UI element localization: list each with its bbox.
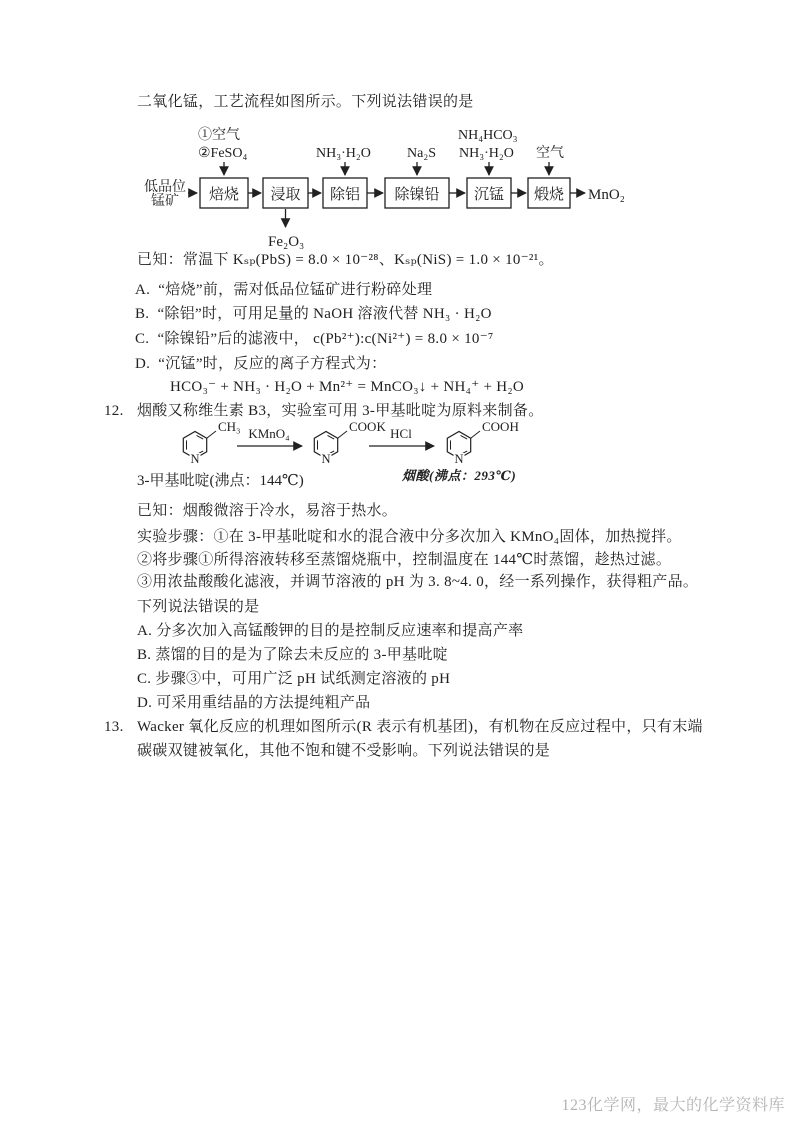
reaction-scheme: N CH₃ KMnO₄ N COOK HCl N COOH — [135, 412, 565, 470]
ring2-n-atom: N — [321, 452, 330, 466]
exam-page: 二氧化锰，工艺流程如图所示。下列说法错误的是 ①空气 ②FeSO₄ NH₃·H₂… — [0, 0, 793, 1121]
q11-option-d: D. “沉锰”时，反应的离子方程式为： — [135, 354, 386, 374]
q13-stem-row: 13.Wacker 氧化反应的机理如图所示(R 表示有机基团)，有机物在反应过程… — [104, 717, 703, 737]
q12-prompt-text: 下列说法错误的是 — [137, 597, 259, 617]
watermark-text: 123化学网，最大的化学资料库 — [561, 1092, 785, 1115]
pyridine-ring-structure: N — [183, 431, 216, 466]
scheme-caption-left: 3-甲基吡啶(沸点：144℃) — [137, 469, 304, 490]
q12-option-c: C. 步骤③中，可用广泛 pH 试纸测定溶液的 pH — [137, 669, 450, 689]
ring3-substituent-cooh: COOH — [482, 419, 519, 434]
q12-option-a: A. 分多次加入高锰酸钾的目的是控制反应速率和提高产率 — [137, 621, 523, 641]
flow-reagent-nh4hco3-label: NH₄HCO₃ — [458, 128, 518, 143]
q11-option-a: A. “焙烧”前，需对低品位锰矿进行粉碎处理 — [135, 280, 432, 300]
flow-box-precipitate-mn-label: 沉锰 — [474, 186, 504, 203]
reaction2-reagent-label: HCl — [390, 426, 412, 441]
flow-box-calcine-label: 煅烧 — [534, 185, 564, 203]
q12-step-1: 实验步骤：①在 3-甲基吡啶和水的混合液中分多次加入 KMnO₄固体，加热搅拌。 — [137, 527, 682, 547]
flow-box-roast-label: 焙烧 — [209, 185, 239, 203]
flow-reagent-ammonia1-label: NH₃·H₂O — [316, 146, 371, 161]
q12-number: 12. — [104, 401, 137, 421]
q13-stem-line1: Wacker 氧化反应的机理如图所示(R 表示有机基团)，有机物在反应过程中，只… — [137, 719, 703, 735]
flow-box-remove-al-label: 除铝 — [330, 186, 360, 203]
pyridine-ring-structure: N — [314, 431, 347, 466]
flow-reagent-air1-label: ①空气 — [198, 126, 240, 143]
flow-product-label: MnO₂ — [588, 187, 625, 203]
scheme-caption-right: 烟酸(沸点：293℃) — [402, 465, 516, 484]
flow-reagent-ammonia2-label: NH₃·H₂O — [459, 146, 514, 161]
q11-known-text: 已知：常温下 Kₛₚ(PbS) = 8.0 × 10⁻²⁸、Kₛₚ(NiS) =… — [137, 250, 554, 270]
q11-intro-text: 二氧化锰，工艺流程如图所示。下列说法错误的是 — [137, 92, 474, 112]
pyridine-ring-structure: N — [447, 431, 480, 466]
ring2-substituent-cook: COOK — [349, 419, 386, 434]
process-flowchart: ①空气 ②FeSO₄ NH₃·H₂O Na₂S NH₄HCO₃ NH₃·H₂O … — [130, 112, 695, 254]
flow-feed-label-line1: 低品位 — [144, 179, 186, 195]
flow-reagent-air2-label: 空气 — [536, 144, 564, 161]
q11-option-c: C. “除镍铅”后的滤液中， c(Pb²⁺):c(Ni²⁺) = 8.0 × 1… — [135, 329, 493, 349]
q11-option-b: B. “除铝”时，可用足量的 NaOH 溶液代替 NH₃ · H₂O — [135, 304, 492, 324]
ring1-substituent-ch3: CH₃ — [218, 419, 241, 434]
ring3-n-atom: N — [454, 452, 463, 466]
q12-known-text: 已知：烟酸微溶于冷水，易溶于热水。 — [137, 501, 397, 521]
reaction1-reagent-label: KMnO₄ — [248, 426, 290, 441]
q11-ionic-equation: HCO₃⁻ + NH₃ · H₂O + Mn²⁺ = MnCO₃↓ + NH₄⁺… — [170, 377, 524, 397]
flow-reagent-na2s-label: Na₂S — [407, 146, 436, 161]
flow-feed-label-line2: 锰矿 — [151, 193, 179, 209]
flow-box-remove-ni-pb-label: 除镍铅 — [394, 186, 439, 203]
flow-box-leach-label: 浸取 — [270, 186, 300, 203]
q12-step-2: ②将步骤①所得溶液转移至蒸馏烧瓶中，控制温度在 144℃时蒸馏，趁热过滤。 — [137, 550, 671, 570]
q12-step-3: ③用浓盐酸酸化滤液，并调节溶液的 pH 为 3. 8~4. 0，经一系列操作，获… — [137, 572, 698, 592]
q12-option-b: B. 蒸馏的目的是为了除去未反应的 3-甲基吡啶 — [137, 645, 448, 665]
q13-stem-line2: 碳碳双键被氧化，其他不饱和键不受影响。下列说法错误的是 — [137, 741, 550, 761]
q13-number: 13. — [104, 717, 137, 737]
flow-byproduct-label: Fe₂O₃ — [268, 234, 304, 250]
ring1-n-atom: N — [190, 452, 199, 466]
q12-option-d: D. 可采用重结晶的方法提纯粗产品 — [137, 693, 370, 713]
flow-reagent-feso4-label: ②FeSO₄ — [198, 146, 247, 161]
